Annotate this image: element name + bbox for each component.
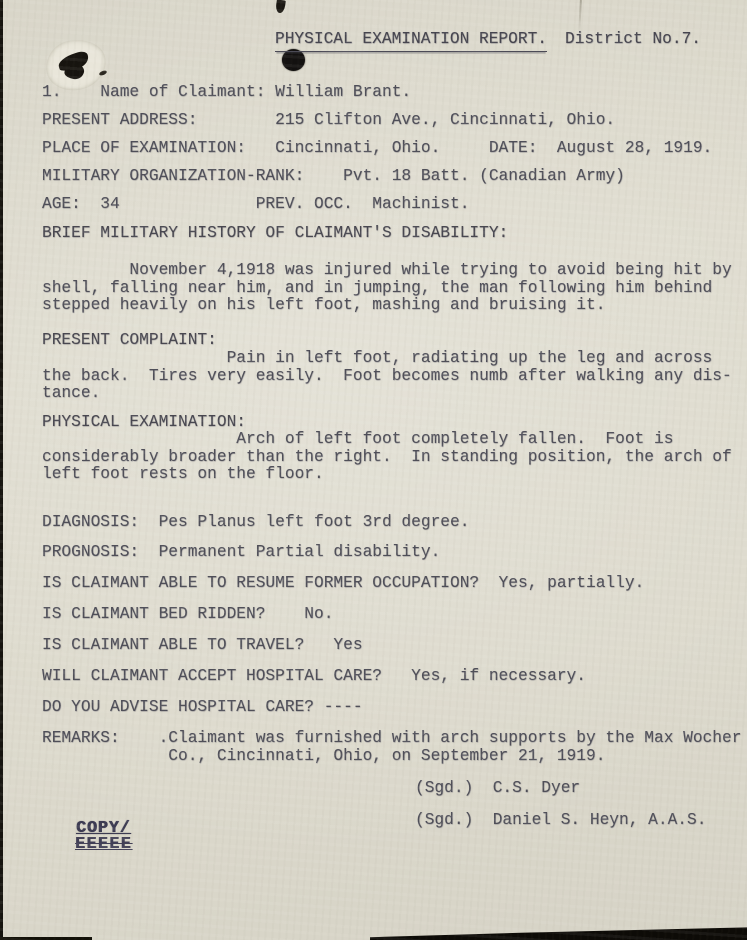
present-address-line: PRESENT ADDRESS: 215 Clifton Ave., Cinci… bbox=[42, 112, 615, 130]
report-title-line: PHYSICAL EXAMINATION REPORT.District No.… bbox=[275, 31, 701, 52]
scan-edge-left bbox=[0, 0, 3, 940]
paper-crease bbox=[578, 0, 582, 34]
paragraph-line: stepped heavily on his left foot, mashin… bbox=[42, 297, 732, 315]
remarks-line: REMARKS: .Claimant was furnished with ar… bbox=[42, 730, 741, 748]
able-to-travel-line: IS CLAIMANT ABLE TO TRAVEL? Yes bbox=[42, 637, 363, 655]
paragraph-line: shell, falling near him, and in jumping,… bbox=[42, 280, 732, 298]
signature-dyer: (Sgd.) C.S. Dyer bbox=[415, 780, 580, 798]
claimant-name-line: 1. Name of Claimant: William Brant. bbox=[42, 84, 411, 102]
paragraph-line: November 4,1918 was injured while trying… bbox=[42, 262, 732, 280]
bed-ridden-line: IS CLAIMANT BED RIDDEN? No. bbox=[42, 606, 333, 624]
paragraph-line: left foot rests on the floor. bbox=[42, 466, 732, 484]
accept-hospital-care-line: WILL CLAIMANT ACCEPT HOSPITAL CARE? Yes,… bbox=[42, 668, 586, 686]
title-ink-dot bbox=[282, 49, 305, 71]
physical-examination-heading: PHYSICAL EXAMINATION: bbox=[42, 414, 246, 432]
paragraph-line: Pain in left foot, radiating up the leg … bbox=[42, 350, 732, 368]
military-history-paragraph: November 4,1918 was injured while trying… bbox=[42, 262, 732, 315]
scan-edge-bottom-right bbox=[370, 926, 747, 940]
scanned-document-page: PHYSICAL EXAMINATION REPORT.District No.… bbox=[0, 0, 747, 940]
paragraph-line: considerably broader than the right. In … bbox=[42, 449, 732, 467]
prognosis-line: PROGNOSIS: Permanent Partial disability. bbox=[42, 544, 440, 562]
copy-stamp-strikeout: EEEEE bbox=[75, 836, 132, 852]
present-complaint-heading: PRESENT COMPLAINT: bbox=[42, 332, 217, 350]
paragraph-line: tance. bbox=[42, 385, 732, 403]
signature-heyn: (Sgd.) Daniel S. Heyn, A.A.S. bbox=[415, 812, 706, 830]
physical-examination-paragraph: Arch of left foot completely fallen. Foo… bbox=[42, 431, 732, 484]
remarks-line: Co., Cincinnati, Ohio, on September 21, … bbox=[42, 748, 741, 766]
paragraph-line: the back. Tires very easily. Foot become… bbox=[42, 368, 732, 386]
remarks-paragraph: REMARKS: .Claimant was furnished with ar… bbox=[42, 730, 741, 765]
report-title: PHYSICAL EXAMINATION REPORT. bbox=[275, 31, 547, 52]
military-rank-line: MILITARY ORGANIZATION-RANK: Pvt. 18 Batt… bbox=[42, 168, 625, 186]
district-number: District No.7. bbox=[565, 30, 701, 48]
age-occupation-line: AGE: 34 PREV. OCC. Machinist. bbox=[42, 196, 469, 214]
paragraph-line: Arch of left foot completely fallen. Foo… bbox=[42, 431, 732, 449]
present-complaint-paragraph: Pain in left foot, radiating up the leg … bbox=[42, 350, 732, 403]
top-ink-mark bbox=[275, 0, 286, 14]
resume-occupation-line: IS CLAIMANT ABLE TO RESUME FORMER OCCUPA… bbox=[42, 575, 644, 593]
advise-hospital-care-line: DO YOU ADVISE HOSPITAL CARE? ---- bbox=[42, 699, 363, 717]
place-date-line: PLACE OF EXAMINATION: Cincinnati, Ohio. … bbox=[42, 140, 712, 158]
diagnosis-line: DIAGNOSIS: Pes Planus left foot 3rd degr… bbox=[42, 514, 469, 532]
military-history-heading: BRIEF MILITARY HISTORY OF CLAIMANT'S DIS… bbox=[42, 225, 508, 243]
